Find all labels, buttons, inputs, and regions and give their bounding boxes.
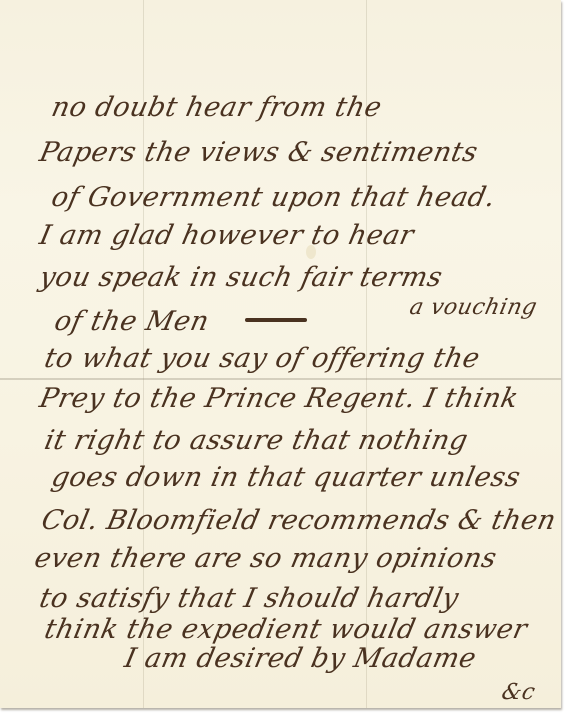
letter-line: no doubt hear from the <box>49 92 385 123</box>
letter-line: goes down in that quarter unless <box>49 462 524 493</box>
letter-line: a vouching <box>407 295 539 320</box>
letter-line: Papers the views & sentiments <box>37 137 481 168</box>
letter-page: no doubt hear from the Papers the views … <box>0 0 561 708</box>
letter-line: you speak in such fair terms <box>37 262 446 293</box>
letter-line: I am glad however to hear <box>37 220 417 251</box>
letter-line: of Government upon that head. <box>49 182 499 213</box>
ink-dash <box>245 318 307 322</box>
letter-line: I am desired by Madame <box>122 643 479 674</box>
letter-line: of the Men <box>52 306 212 337</box>
letter-line: to what you say of offering the <box>42 343 483 374</box>
letter-line: to satisfy that I should hardly <box>37 583 462 614</box>
letter-line: think the expedient would answer <box>42 614 530 645</box>
fold-crease <box>0 378 561 380</box>
letter-line: Col. Bloomfield recommends & then <box>39 505 559 536</box>
letter-line: even there are so many opinions <box>32 543 500 574</box>
letter-line: Prey to the Prince Regent. I think <box>37 383 522 414</box>
letter-line: &c <box>499 680 537 705</box>
letter-line: it right to assure that nothing <box>42 425 471 456</box>
